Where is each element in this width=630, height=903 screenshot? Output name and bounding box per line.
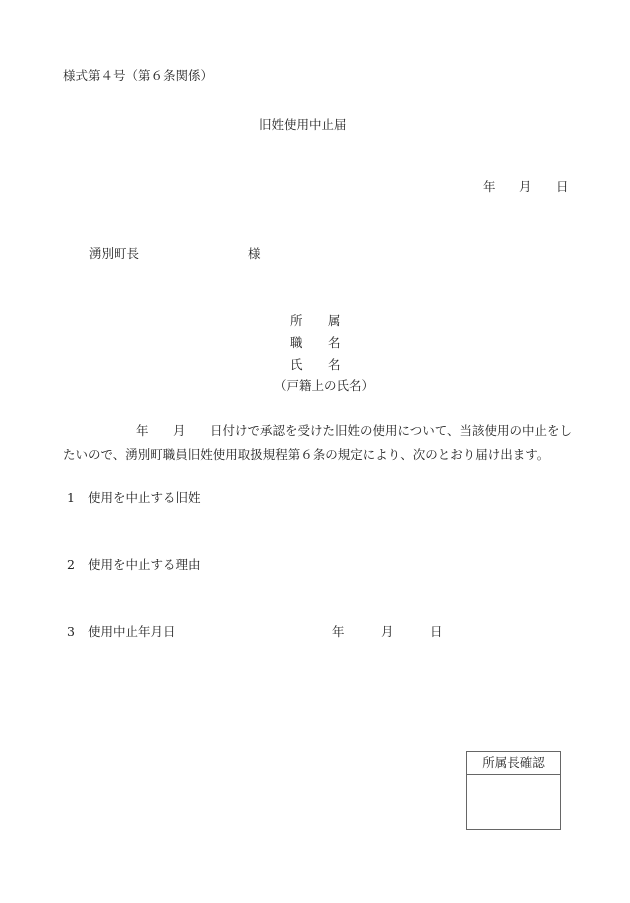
item-3-label: 使用中止年月日 <box>88 626 176 639</box>
position-label-a: 職 <box>290 337 303 350</box>
item-1-number: 1 <box>67 492 75 505</box>
affiliation-label-b: 属 <box>328 315 341 328</box>
addressee-name: 湧別町長 <box>89 248 139 261</box>
body-year: 年 <box>136 425 149 438</box>
registered-name-label: （戸籍上の氏名） <box>274 380 374 393</box>
item-3-number: 3 <box>67 626 75 639</box>
name-label-b: 名 <box>328 359 341 372</box>
affiliation-label-a: 所 <box>290 315 303 328</box>
form-number: 様式第４号（第６条関係） <box>63 70 213 83</box>
body-line1: 日付けで承認を受けた旧姓の使用について、当該使用の中止をし <box>210 425 572 438</box>
name-label-a: 氏 <box>290 359 303 372</box>
supervisor-confirmation-label: 所属長確認 <box>467 752 560 775</box>
item-1-label: 使用を中止する旧姓 <box>88 492 201 505</box>
supervisor-confirmation-box: 所属長確認 <box>466 751 561 830</box>
date-day: 日 <box>556 181 569 194</box>
item-3-month: 月 <box>381 626 394 639</box>
addressee-honorific: 様 <box>248 248 261 261</box>
date-month: 月 <box>519 181 532 194</box>
item-2-number: 2 <box>67 559 75 572</box>
item-3-year: 年 <box>332 626 345 639</box>
position-label-b: 名 <box>328 337 341 350</box>
body-month: 月 <box>173 425 186 438</box>
item-2-label: 使用を中止する理由 <box>88 559 201 572</box>
document-title: 旧姓使用中止届 <box>259 119 347 132</box>
item-3-day: 日 <box>430 626 443 639</box>
date-year: 年 <box>483 181 496 194</box>
body-line2: たいので、湧別町職員旧姓使用取扱規程第６条の規定により、次のとおり届け出ます。 <box>63 449 549 462</box>
